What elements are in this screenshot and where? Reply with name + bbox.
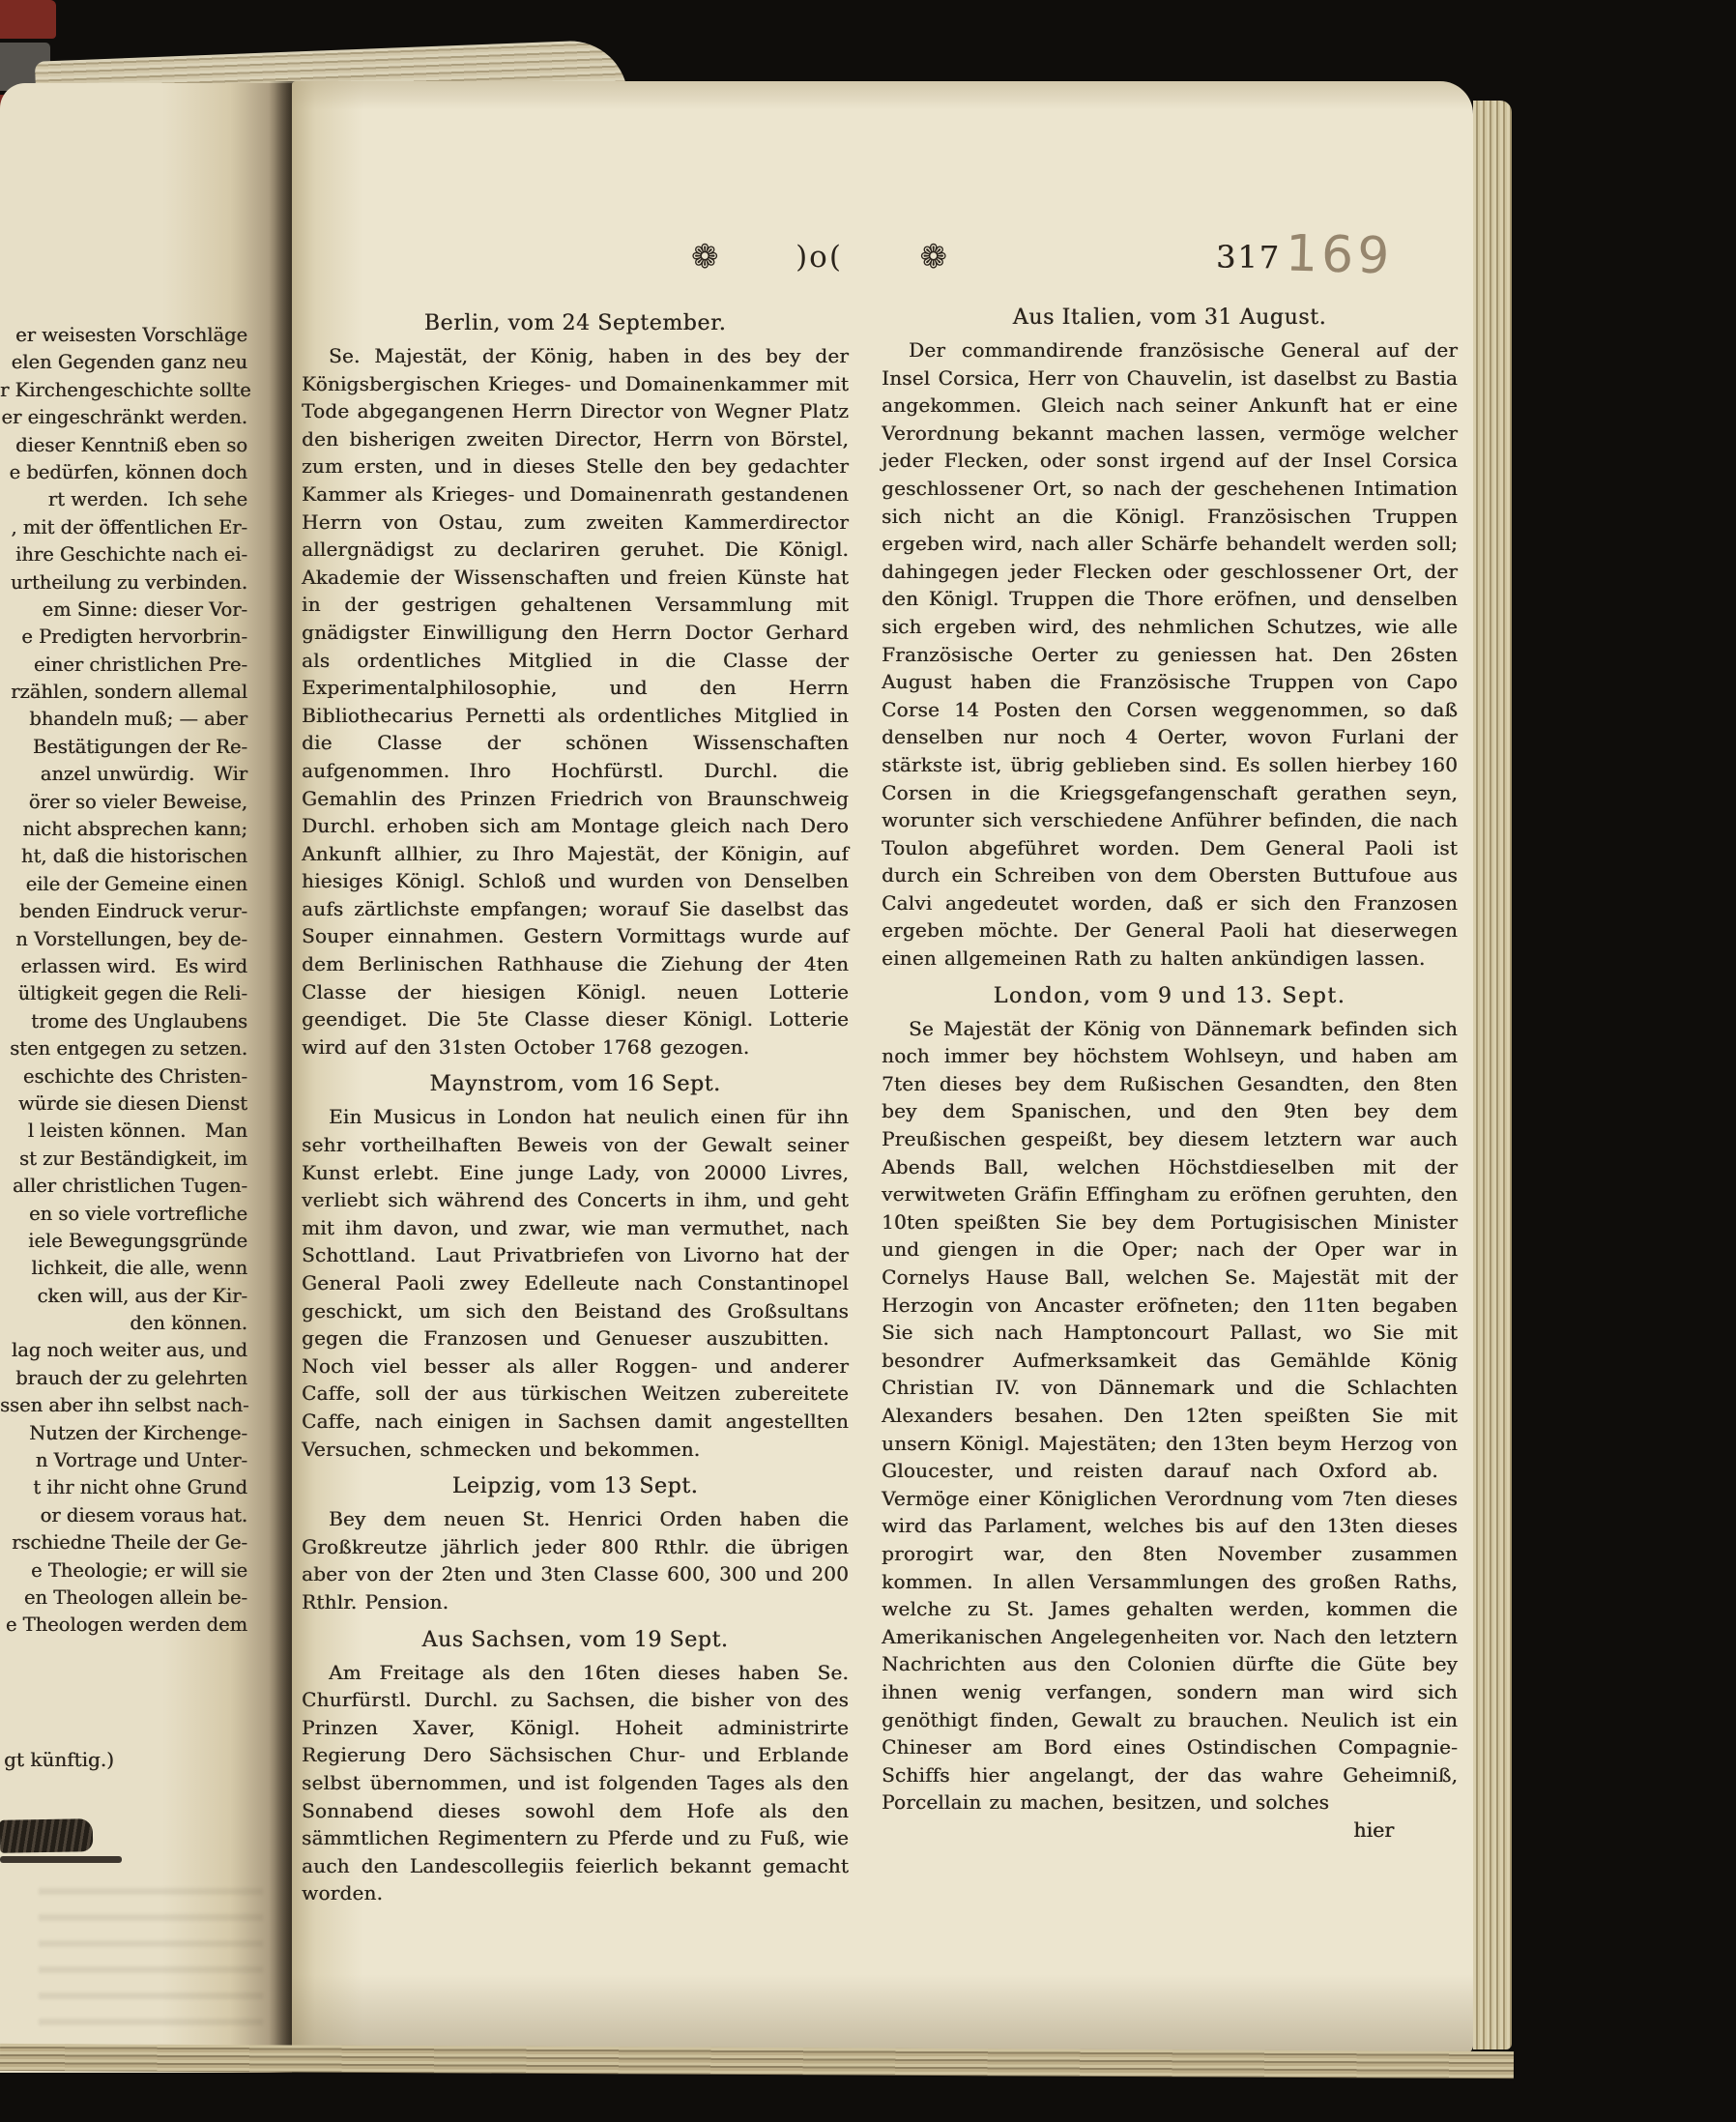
- shell-ornament-right-icon: ❁: [919, 238, 947, 276]
- article-body: Am Freitage als den 16ten dieses haben S…: [302, 1659, 849, 1907]
- cut-off-text-line: ültigkeit gegen die Reli-: [0, 980, 247, 1007]
- book-scan: er weisesten Vorschlägeelen Gegenden gan…: [0, 0, 1736, 2122]
- book-fore-edge-page-stack: [1473, 101, 1512, 2049]
- article-heading: Aus Italien, vom 31 August.: [882, 304, 1458, 333]
- cut-off-text-line: st zur Beständigkeit, im: [0, 1146, 247, 1173]
- cut-off-text-line: nicht absprechen kann;: [0, 816, 247, 843]
- cut-off-text-line: er eingeschränkt werden.: [0, 404, 247, 431]
- archive-stamp-number: 169: [1285, 225, 1394, 286]
- cut-off-text-line: r Kirchengeschichte sollte: [0, 377, 247, 404]
- cut-off-text-line: iele Bewegungsgründe: [0, 1228, 247, 1255]
- article-berlin: Berlin, vom 24 September. Se. Majestät, …: [302, 309, 849, 1061]
- article-body: Ein Musicus in London hat neulich einen …: [302, 1103, 849, 1463]
- cut-off-text-line: l leisten können. Man: [0, 1118, 247, 1145]
- cut-off-text-line: bhandeln muß; — aber: [0, 706, 247, 733]
- cut-off-text-line: rzählen, sondern allemal: [0, 679, 247, 706]
- text-column-right: Aus Italien, vom 31 August. Der commandi…: [882, 304, 1458, 1842]
- cut-off-text-line: e Theologie; er will sie: [0, 1557, 247, 1584]
- cut-off-text-line: em Sinne: dieser Vor-: [0, 596, 247, 624]
- cut-off-text-line: cken will, aus der Kir-: [0, 1283, 247, 1310]
- cut-off-text-line: ht, daß die historischen: [0, 843, 247, 870]
- cut-off-text-line: er weisesten Vorschläge: [0, 322, 247, 349]
- article-maynstrom: Maynstrom, vom 16 Sept. Ein Musicus in L…: [302, 1070, 849, 1463]
- ink-smudge: [0, 1818, 93, 1853]
- cut-off-text-line: lichkeit, die alle, wenn: [0, 1255, 247, 1282]
- cut-off-text-line: den können.: [0, 1310, 247, 1337]
- cut-off-text-line: benden Eindruck verur-: [0, 898, 247, 925]
- cut-off-text-line: Nutzen der Kirchenge-: [0, 1420, 247, 1447]
- cut-off-text-line: e bedürfen, können doch: [0, 459, 247, 486]
- cut-off-text-line: örer so vieler Beweise,: [0, 789, 247, 816]
- cut-off-text-line: urtheilung zu verbinden.: [0, 569, 247, 596]
- cut-off-text-line: brauch der zu gelehrten: [0, 1365, 247, 1392]
- cut-off-text-line: en Theologen allein be-: [0, 1584, 247, 1612]
- spine-tab-red: [0, 0, 56, 39]
- cut-off-text-line: en so viele vortrefliche: [0, 1201, 247, 1228]
- cut-off-text-line: n Vortrage und Unter-: [0, 1447, 247, 1474]
- left-page-partial: er weisesten Vorschlägeelen Gegenden gan…: [0, 83, 292, 2073]
- cut-off-text-line: elen Gegenden ganz neu: [0, 349, 247, 376]
- article-heading: Aus Sachsen, vom 19 Sept.: [302, 1626, 849, 1655]
- header-center-mark: )o(: [796, 240, 843, 275]
- article-body: Se. Majestät, der König, haben in des be…: [302, 342, 849, 1061]
- article-london: London, vom 9 und 13. Sept. Se Majestät …: [882, 982, 1458, 1817]
- cut-off-text-line: or diesem voraus hat.: [0, 1502, 247, 1529]
- cut-off-text-line: einer christlichen Pre-: [0, 652, 247, 679]
- cut-off-text-line: Bestätigungen der Re-: [0, 734, 247, 761]
- shell-ornament-left-icon: ❁: [691, 238, 719, 276]
- ink-smudge-line: [0, 1856, 122, 1863]
- article-body: Der commandirende französische General a…: [882, 336, 1458, 973]
- cut-off-text-line: sten entgegen zu setzen.: [0, 1035, 247, 1062]
- cut-off-text-line: rschiedne Theile der Ge-: [0, 1529, 247, 1556]
- cut-off-text-line: ssen aber ihn selbst nach-: [0, 1392, 247, 1419]
- left-page-text-fragments: er weisesten Vorschlägeelen Gegenden gan…: [0, 322, 247, 1640]
- cut-off-text-line: , mit der öffentlichen Er-: [0, 514, 247, 541]
- cut-off-text-line: erlassen wird. Es wird: [0, 953, 247, 980]
- printed-page-number: 317: [1216, 239, 1281, 276]
- page-header-ornaments: ❁ )o( ❁: [691, 238, 947, 276]
- cut-off-text-line: e Predigten hervorbrin-: [0, 624, 247, 651]
- left-page-closing-line: gt künftig.): [4, 1748, 114, 1771]
- article-body: Bey dem neuen St. Henrici Orden haben di…: [302, 1505, 849, 1615]
- article-heading: Berlin, vom 24 September.: [302, 309, 849, 338]
- cut-off-text-line: eile der Gemeine einen: [0, 871, 247, 898]
- cut-off-text-line: n Vorstellungen, bey de-: [0, 926, 247, 953]
- article-italien: Aus Italien, vom 31 August. Der commandi…: [882, 304, 1458, 973]
- cut-off-text-line: e Theologen werden dem: [0, 1612, 247, 1639]
- cut-off-text-line: t ihr nicht ohne Grund: [0, 1474, 247, 1501]
- article-heading: London, vom 9 und 13. Sept.: [882, 982, 1458, 1011]
- cut-off-text-line: ihre Geschichte nach ei-: [0, 541, 247, 568]
- article-leipzig: Leipzig, vom 13 Sept. Bey dem neuen St. …: [302, 1472, 849, 1615]
- cut-off-text-line: anzel unwürdig. Wir: [0, 761, 247, 788]
- cut-off-text-line: trome des Unglaubens: [0, 1008, 247, 1035]
- cut-off-text-line: dieser Kenntniß eben so: [0, 432, 247, 459]
- cut-off-text-line: aller christlichen Tugen-: [0, 1173, 247, 1200]
- article-heading: Leipzig, vom 13 Sept.: [302, 1472, 849, 1501]
- ink-show-through: [39, 1879, 263, 2026]
- article-sachsen: Aus Sachsen, vom 19 Sept. Am Freitage al…: [302, 1626, 849, 1907]
- cut-off-text-line: eschichte des Christen-: [0, 1063, 247, 1090]
- article-body: Se Majestät der König von Dännemark befi…: [882, 1015, 1458, 1817]
- article-heading: Maynstrom, vom 16 Sept.: [302, 1070, 849, 1099]
- cut-off-text-line: rt werden. Ich sehe: [0, 486, 247, 513]
- text-column-left: Berlin, vom 24 September. Se. Majestät, …: [302, 309, 849, 1907]
- catchword: hier: [882, 1818, 1458, 1842]
- cut-off-text-line: lag noch weiter aus, und: [0, 1337, 247, 1364]
- cut-off-text-line: würde sie diesen Dienst: [0, 1090, 247, 1118]
